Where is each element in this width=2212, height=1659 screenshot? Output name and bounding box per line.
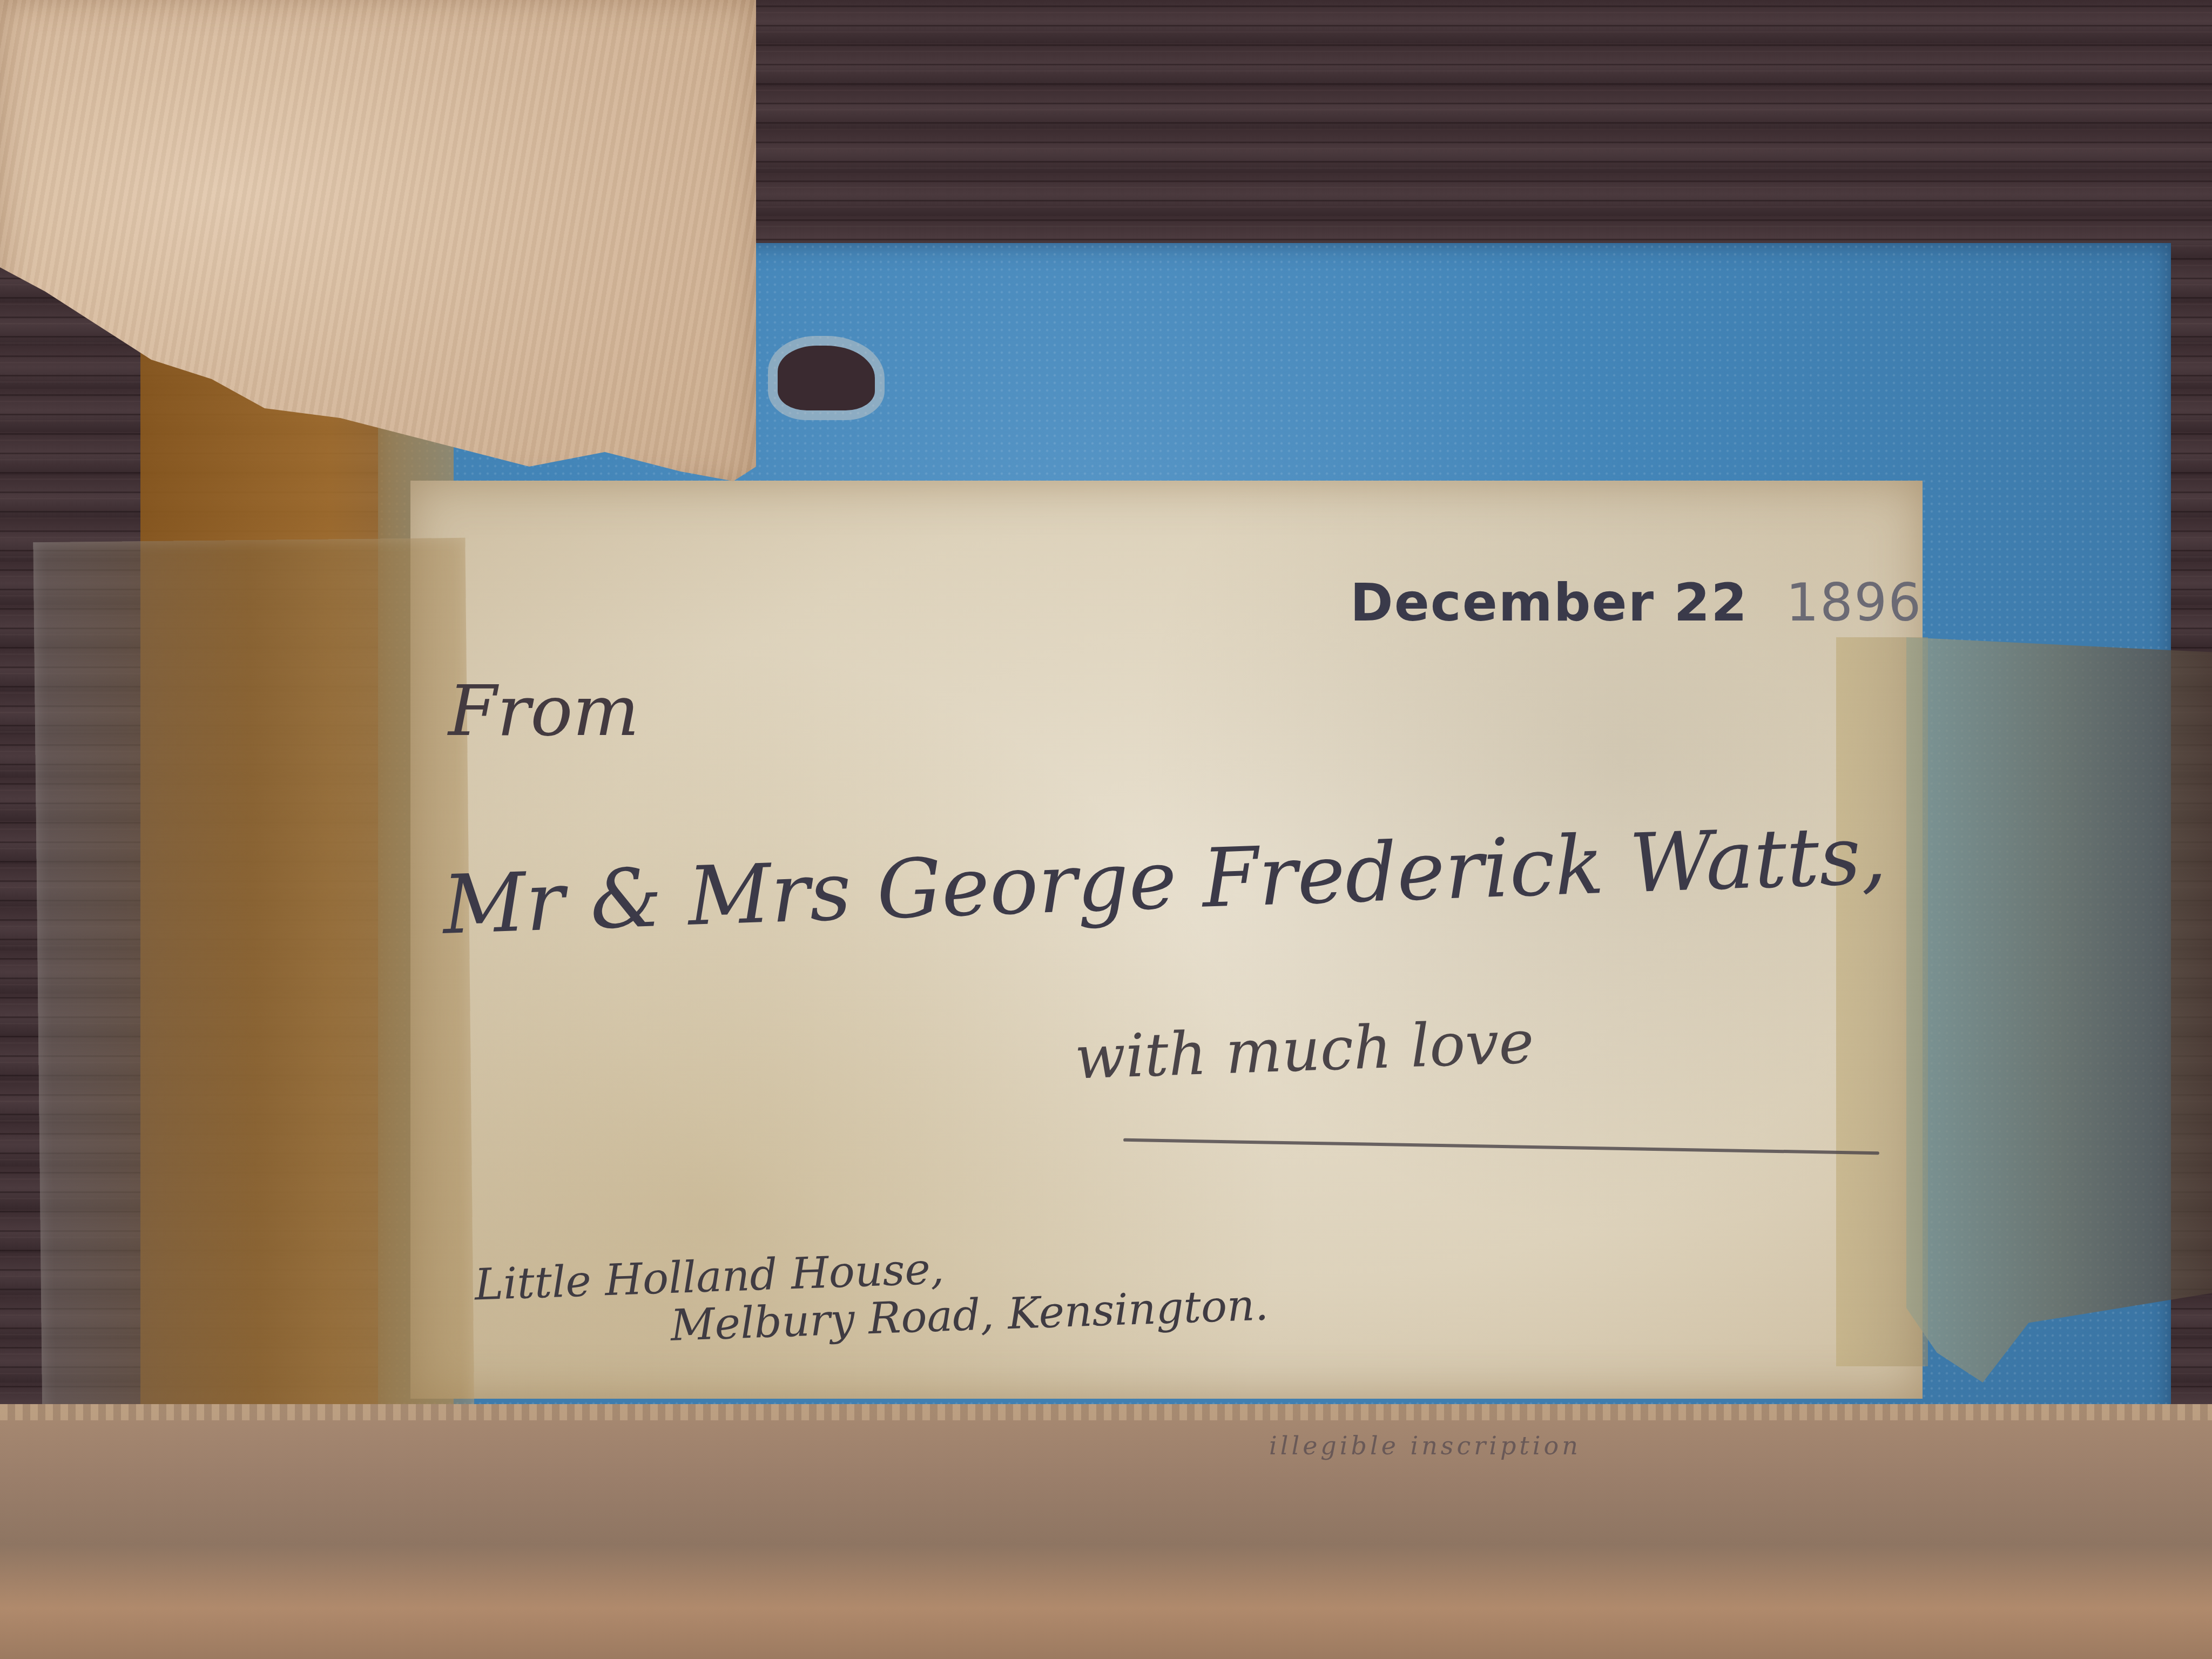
card-date: December 221896 xyxy=(1350,572,1922,633)
cellophane-tape-left xyxy=(33,538,474,1433)
brown-tape-bottom xyxy=(0,1404,2212,1659)
sender-names: Mr & Mrs George Frederick Watts, xyxy=(441,808,1888,953)
date-year: 1896 xyxy=(1786,572,1922,633)
printed-address: Little Holland House, Melbury Road, Kens… xyxy=(474,1233,1269,1356)
closing-wish: with much love xyxy=(1074,1007,1535,1092)
inscribed-card: December 221896 From Mr & Mrs George Fre… xyxy=(410,481,1923,1399)
photo-scene: December 221896 From Mr & Mrs George Fre… xyxy=(0,0,2212,1659)
date-text: December 22 xyxy=(1350,572,1748,633)
bottom-faint-text: illegible inscription xyxy=(1269,1431,1581,1460)
flourish-underline xyxy=(1123,1138,1879,1155)
torn-hole xyxy=(778,346,875,410)
cellophane-tape-right xyxy=(1906,637,2212,1382)
from-label: From xyxy=(448,670,639,752)
